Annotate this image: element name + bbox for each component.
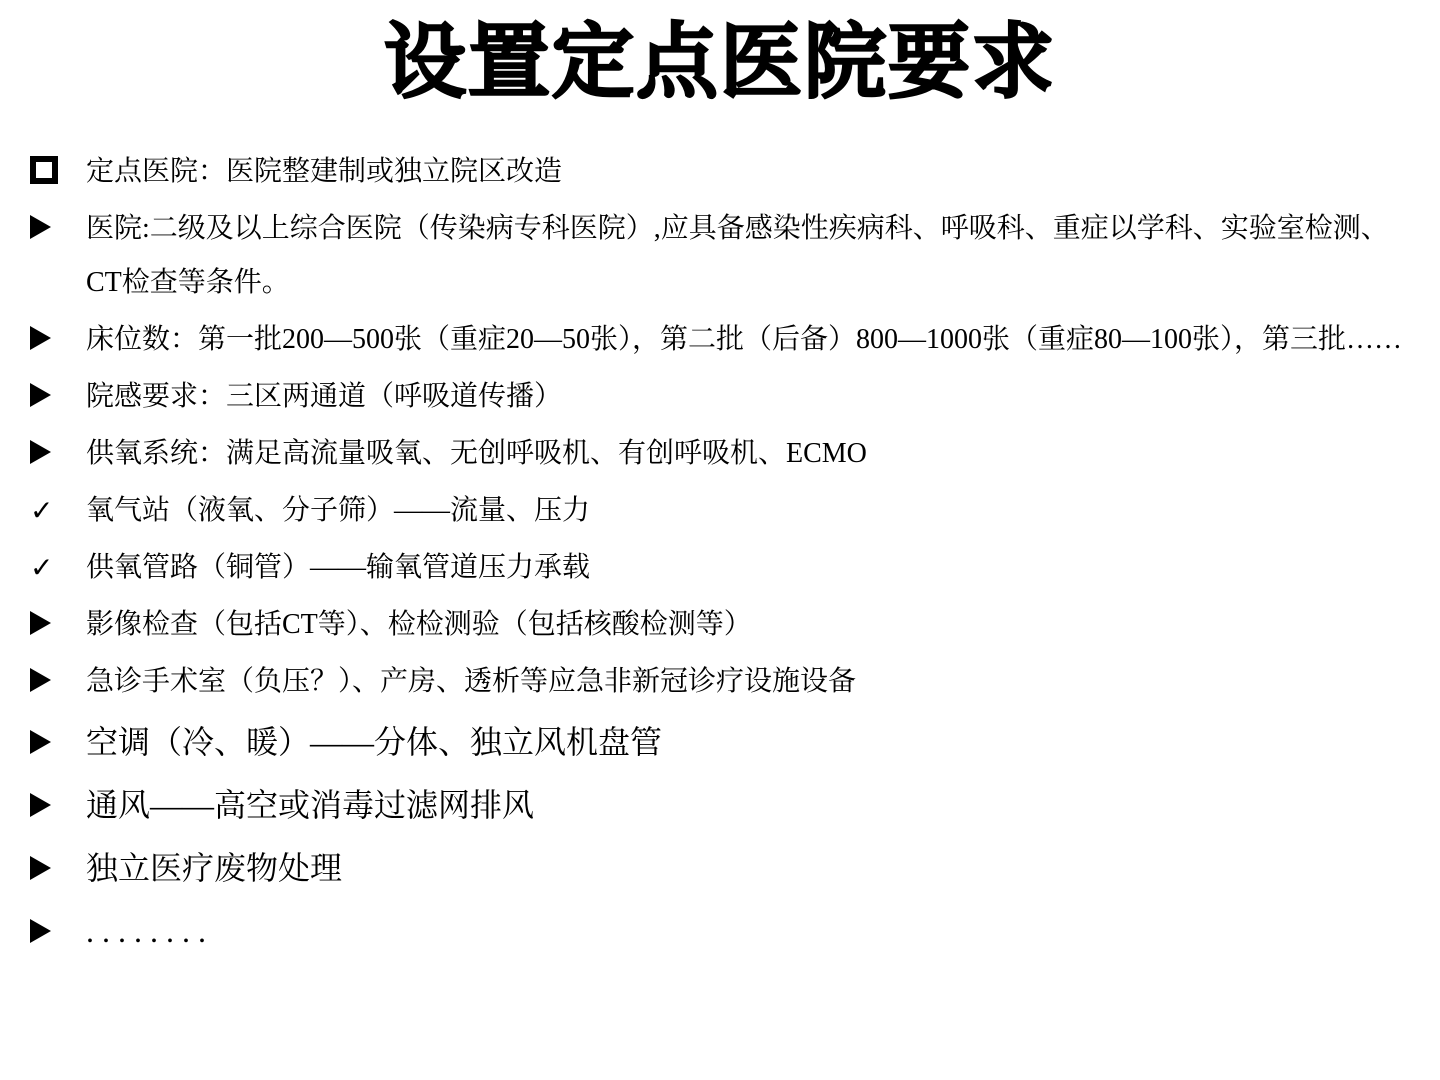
list-item: 空调（冷、暖）——分体、独立风机盘管 — [30, 712, 1416, 772]
list-item: 院感要求：三区两通道（呼吸道传播） — [30, 370, 1416, 424]
arrow-bullet-icon — [30, 901, 86, 961]
list-item-text: 氧气站（液氧、分子筛）——流量、压力 — [86, 484, 1416, 538]
list-item: 急诊手术室（负压？）、产房、透析等应急非新冠诊疗设施设备 — [30, 655, 1416, 709]
list-item-text: . . . . . . . . — [86, 901, 1416, 961]
list-item-text: 供氧管路（铜管）——输氧管道压力承载 — [86, 541, 1416, 595]
list-item-text: 院感要求：三区两通道（呼吸道传播） — [86, 370, 1416, 424]
list-item-text: 独立医疗废物处理 — [86, 838, 1416, 898]
list-item-text: 供氧系统：满足高流量吸氧、无创呼吸机、有创呼吸机、ECMO — [86, 427, 1416, 481]
arrow-bullet-icon — [30, 838, 86, 898]
list-item: ✓ 氧气站（液氧、分子筛）——流量、压力 — [30, 484, 1416, 538]
arrow-bullet-icon — [30, 775, 86, 835]
slide-title: 设置定点医院要求 — [0, 8, 1440, 119]
arrow-bullet-icon — [30, 370, 86, 424]
list-item: 医院:二级及以上综合医院（传染病专科医院）,应具备感染性疾病科、呼吸科、重症以学… — [30, 202, 1416, 310]
check-bullet-icon: ✓ — [30, 541, 86, 595]
arrow-bullet-icon — [30, 427, 86, 481]
list-item: 独立医疗废物处理 — [30, 838, 1416, 898]
arrow-bullet-icon — [30, 598, 86, 652]
list-item: 定点医院：医院整建制或独立院区改造 — [30, 145, 1416, 199]
list-item-text: 医院:二级及以上综合医院（传染病专科医院）,应具备感染性疾病科、呼吸科、重症以学… — [86, 202, 1416, 310]
check-bullet-icon: ✓ — [30, 484, 86, 538]
list-item: 床位数：第一批200—500张（重症20—50张），第二批（后备）800—100… — [30, 313, 1416, 367]
arrow-bullet-icon — [30, 655, 86, 709]
list-item: 供氧系统：满足高流量吸氧、无创呼吸机、有创呼吸机、ECMO — [30, 427, 1416, 481]
list-item-text: 急诊手术室（负压？）、产房、透析等应急非新冠诊疗设施设备 — [86, 655, 1416, 709]
list-item: ✓ 供氧管路（铜管）——输氧管道压力承载 — [30, 541, 1416, 595]
arrow-bullet-icon — [30, 313, 86, 367]
list-item-text: 通风——高空或消毒过滤网排风 — [86, 775, 1416, 835]
arrow-bullet-icon — [30, 202, 86, 256]
list-item-text: 床位数：第一批200—500张（重症20—50张），第二批（后备）800—100… — [86, 313, 1416, 367]
square-bullet-icon — [30, 145, 86, 199]
list-item: . . . . . . . . — [30, 901, 1416, 961]
slide: 设置定点医院要求 定点医院：医院整建制或独立院区改造 医院:二级及以上综合医院（… — [0, 0, 1440, 1080]
list-item-text: 影像检查（包括CT等）、检检测验（包括核酸检测等） — [86, 598, 1416, 652]
list-item: 影像检查（包括CT等）、检检测验（包括核酸检测等） — [30, 598, 1416, 652]
requirements-list: 定点医院：医院整建制或独立院区改造 医院:二级及以上综合医院（传染病专科医院）,… — [0, 145, 1440, 961]
arrow-bullet-icon — [30, 712, 86, 772]
list-item-text: 定点医院：医院整建制或独立院区改造 — [86, 145, 1416, 199]
list-item-text: 空调（冷、暖）——分体、独立风机盘管 — [86, 712, 1416, 772]
list-item: 通风——高空或消毒过滤网排风 — [30, 775, 1416, 835]
